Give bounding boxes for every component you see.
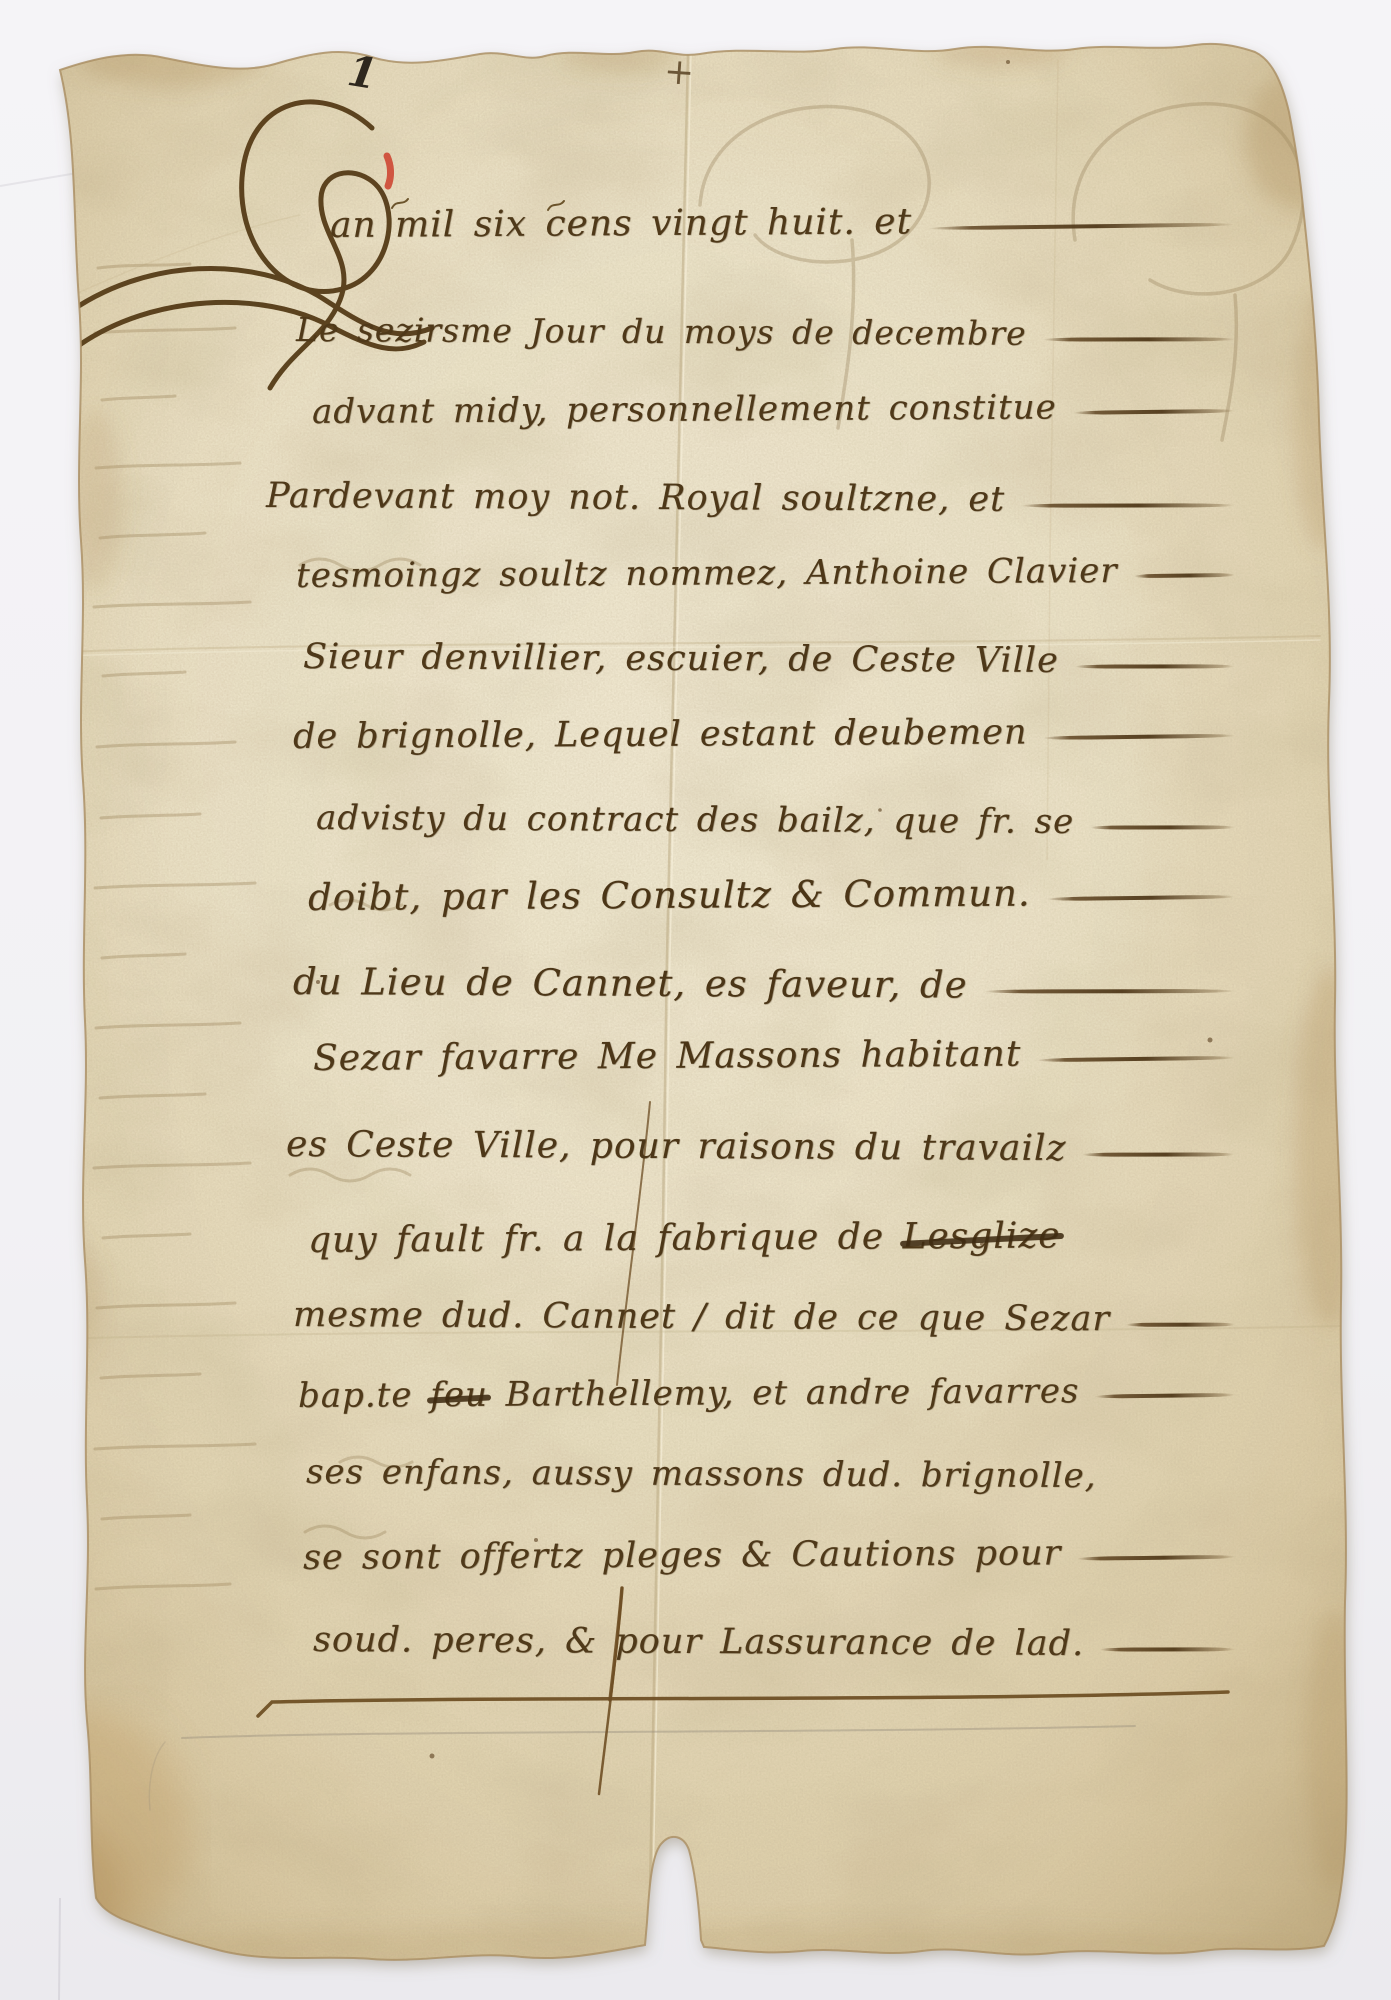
line-filler-dash [1077,1555,1235,1561]
line-text: quy fault fr. a la fabrique de [308,1216,903,1261]
manuscript-line: an mil six cens vingt huit. et [330,199,1235,246]
manuscript-line: Le sezirsme Jour du moys de decembre [296,310,1235,354]
line-filler-dash [1095,1393,1235,1399]
manuscript-line: bap.te feu Barthellemy, et andre favarre… [298,1370,1235,1416]
line-text: Barthellemy, et andre favarres [488,1371,1080,1415]
line-text: doibt, par les Consultz & Commun. [308,872,1031,919]
line-filler-dash [1043,734,1235,741]
line-filler-dash [928,222,1235,230]
manuscript-line: du Lieu de Cannet, es faveur, de [293,960,1235,1008]
line-filler-dash [1082,1152,1235,1156]
line-filler-dash [1021,503,1235,507]
manuscript-line: es Ceste Ville, pour raisons du travailz [286,1124,1235,1170]
manuscript-line: quy fault fr. a la fabrique de Lesglize [308,1214,1235,1261]
line-text: se sont offertz pleges & Cautions pour [303,1533,1062,1578]
manuscript-line: soud. peres, & pour Lassurance de lad. [313,1620,1235,1665]
line-filler-dash [1073,409,1235,415]
line-text: tesmoingz soultz nommez, Anthoine Clavie… [296,551,1118,596]
line-filler-dash [1047,894,1235,900]
manuscript-line: advisty du contract des bailz, que fr. s… [316,798,1235,843]
line-filler-dash [1100,1647,1235,1651]
manuscript-line: de brignolle, Lequel estant deubemen [293,711,1235,757]
line-filler-dash [1126,1323,1235,1327]
line-filler-dash [1043,337,1235,341]
struck-word: Lesglize [902,1215,1060,1257]
manuscript-line: tesmoingz soultz nommez, Anthoine Clavie… [296,550,1235,596]
line-text: Sezar favarre Me Massons habitant [313,1034,1022,1079]
page-number: 1 [344,46,381,99]
line-filler-dash [1037,1055,1235,1062]
manuscript-line: Sieur denvillier, escuier, de Ceste Vill… [303,637,1235,682]
line-filler-dash [1134,573,1235,578]
struck-word: feu [430,1375,488,1415]
handwriting-layer: 1 + an mil six cens vingt huit. et Le se… [0,0,1391,2000]
line-text: es Ceste Ville, pour raisons du travailz [286,1124,1067,1169]
collation-cross-mark: + [663,51,696,94]
line-text: Sieur denvillier, escuier, de Ceste Vill… [303,637,1059,681]
line-text: de brignolle, Lequel estant deubemen [293,713,1028,757]
line-text: mesme dud. Cannet / dit de ce que Sezar [293,1295,1110,1339]
line-text: ses enfans, aussy massons dud. brignolle… [306,1452,1097,1496]
manuscript-line: doibt, par les Consultz & Commun. [308,870,1235,919]
manuscript-line: se sont offertz pleges & Cautions pour [303,1532,1235,1578]
line-filler-dash [984,989,1235,993]
line-text: Le sezirsme Jour du moys de decembre [296,310,1027,353]
line-text: bap.te [298,1375,430,1416]
manuscript-line: Sezar favarre Me Massons habitant [313,1032,1235,1079]
manuscript-line: Pardevant moy not. Royal soultzne, et [266,476,1235,521]
manuscript-line: advant midy, personnellement constitue [312,386,1235,432]
line-text: du Lieu de Cannet, es faveur, de [293,960,968,1007]
line-text: advisty du contract des bailz, que fr. s… [316,798,1074,842]
manuscript-scan: 1 + an mil six cens vingt huit. et Le se… [0,0,1391,2000]
line-text: advant midy, personnellement constitue [312,387,1057,432]
line-filler-dash [1090,825,1235,829]
line-text: soud. peres, & pour Lassurance de lad. [313,1620,1084,1664]
line-filler-dash [1075,664,1235,668]
manuscript-line: ses enfans, aussy massons dud. brignolle… [306,1452,1235,1497]
manuscript-line: mesme dud. Cannet / dit de ce que Sezar [293,1295,1235,1340]
line-text: an mil six cens vingt huit. et [330,201,912,246]
line-text: Pardevant moy not. Royal soultzne, et [266,476,1005,520]
